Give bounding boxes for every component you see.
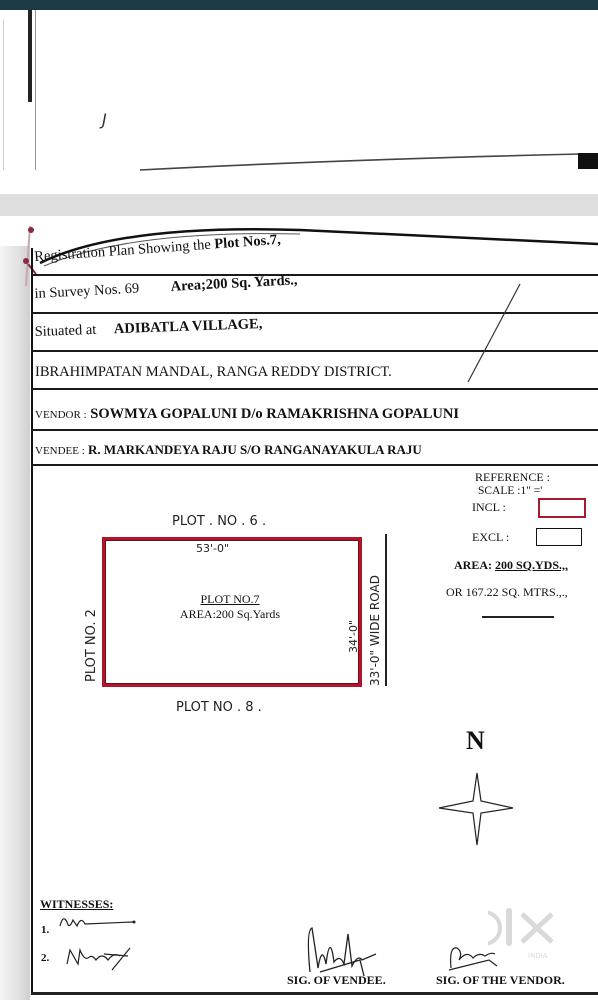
excl-label: EXCL : <box>472 530 509 545</box>
scale-label: SCALE :1" =' <box>478 485 542 497</box>
corner-block <box>578 153 598 169</box>
row-divider <box>31 464 598 466</box>
previous-image-fragment[interactable]: J <box>0 10 598 194</box>
plot-label: PLOT NO.7 AREA:200 Sq.Yards <box>145 592 315 622</box>
incl-legend-box <box>538 498 586 518</box>
excl-legend-box <box>536 528 582 546</box>
witness-2-number: 2. <box>41 952 49 964</box>
east-dimension: 34'-0" <box>347 620 360 653</box>
road-label: 33'-0" WIDE ROAD <box>368 575 382 686</box>
witness-1-number: 1. <box>41 924 49 936</box>
reference-title: REFERENCE : <box>475 470 550 485</box>
witnesses-title: WITNESSES: <box>40 897 113 912</box>
pen-slash-mark <box>0 216 598 416</box>
vendee-row: VENDEE : R. MARKANDEYA RAJU S/O RANGANAY… <box>35 442 422 458</box>
top-app-bar <box>0 0 598 10</box>
adjacent-plot-west: PLOT NO. 2 <box>84 609 99 682</box>
underline-rule <box>482 616 554 618</box>
compass-star-icon <box>437 771 517 847</box>
vendee-label: VENDEE : <box>35 445 85 457</box>
registration-plan-document[interactable]: Registration Plan Showing the Plot Nos.7… <box>0 216 598 1000</box>
document-frame-bottom <box>31 992 598 995</box>
witness-2-signature <box>64 942 134 972</box>
plot-number: PLOT NO.7 <box>145 592 315 607</box>
row-divider <box>31 429 598 431</box>
vendee-signature-label: SIG. OF VENDEE. <box>287 973 386 988</box>
adjacent-plot-north: PLOT . NO . 6 . <box>172 514 266 529</box>
area-summary-value: 200 SQ.YDS.,, <box>495 558 568 572</box>
olx-watermark-logo: INDIA <box>488 906 568 960</box>
vendor-row: VENDOR : SOWMYA GOPALUNI D/o RAMAKRISHNA… <box>35 406 459 423</box>
bottom-rule <box>0 10 598 194</box>
north-dimension: 53'-0" <box>196 542 229 555</box>
vendee-signature <box>300 924 390 976</box>
plot-area: AREA:200 Sq.Yards <box>145 607 315 622</box>
area-summary-label: AREA: <box>454 558 492 572</box>
vendor-name: SOWMYA GOPALUNI D/o RAMAKRISHNA GOPALUNI <box>90 406 459 422</box>
vendee-name: R. MARKANDEYA RAJU S/O RANGANAYAKULA RAJ… <box>88 442 422 457</box>
road-edge-line <box>385 534 387 686</box>
north-label: N <box>466 726 485 756</box>
adjacent-plot-south: PLOT NO . 8 . <box>176 700 262 715</box>
image-separator <box>0 194 598 216</box>
vendor-label: VENDOR : <box>35 409 87 421</box>
vendor-signature-label: SIG. OF THE VENDOR. <box>436 973 565 988</box>
area-summary: AREA: 200 SQ.YDS.,, <box>454 558 568 573</box>
witness-1-signature <box>55 912 140 934</box>
incl-label: INCL : <box>472 500 506 515</box>
olx-watermark-sub: INDIA <box>528 952 548 960</box>
area-metric: OR 167.22 SQ. MTRS.,., <box>446 585 568 600</box>
